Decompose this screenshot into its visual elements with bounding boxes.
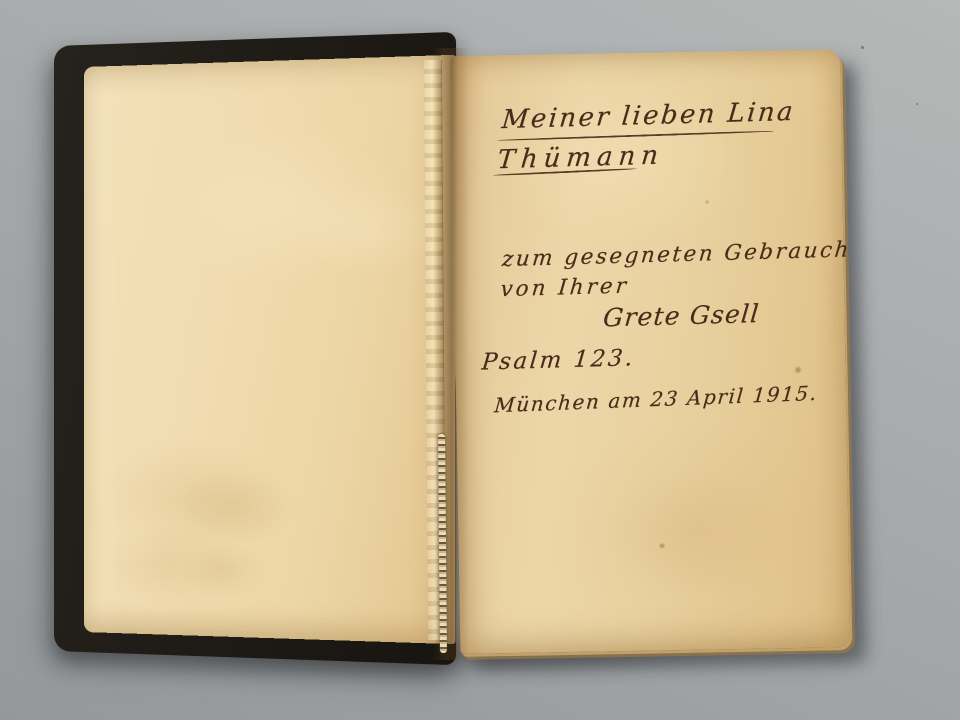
photo-backdrop: Meiner lieben Lina Thümann zum gesegnete… — [0, 0, 960, 720]
water-stain — [180, 539, 268, 600]
backdrop-speck — [861, 46, 864, 49]
left-pastedown-endpaper — [84, 55, 456, 644]
dedication-from-line: von Ihrer — [499, 274, 630, 303]
backdrop-speck — [916, 103, 918, 105]
foxing-spot — [705, 199, 710, 204]
right-flyleaf-page: Meiner lieben Lina Thümann zum gesegnete… — [450, 49, 850, 654]
water-stain — [173, 468, 297, 547]
psalm-reference: Psalm 123. — [481, 345, 636, 375]
signature-grete-gsell: Grete Gsell — [602, 299, 761, 332]
